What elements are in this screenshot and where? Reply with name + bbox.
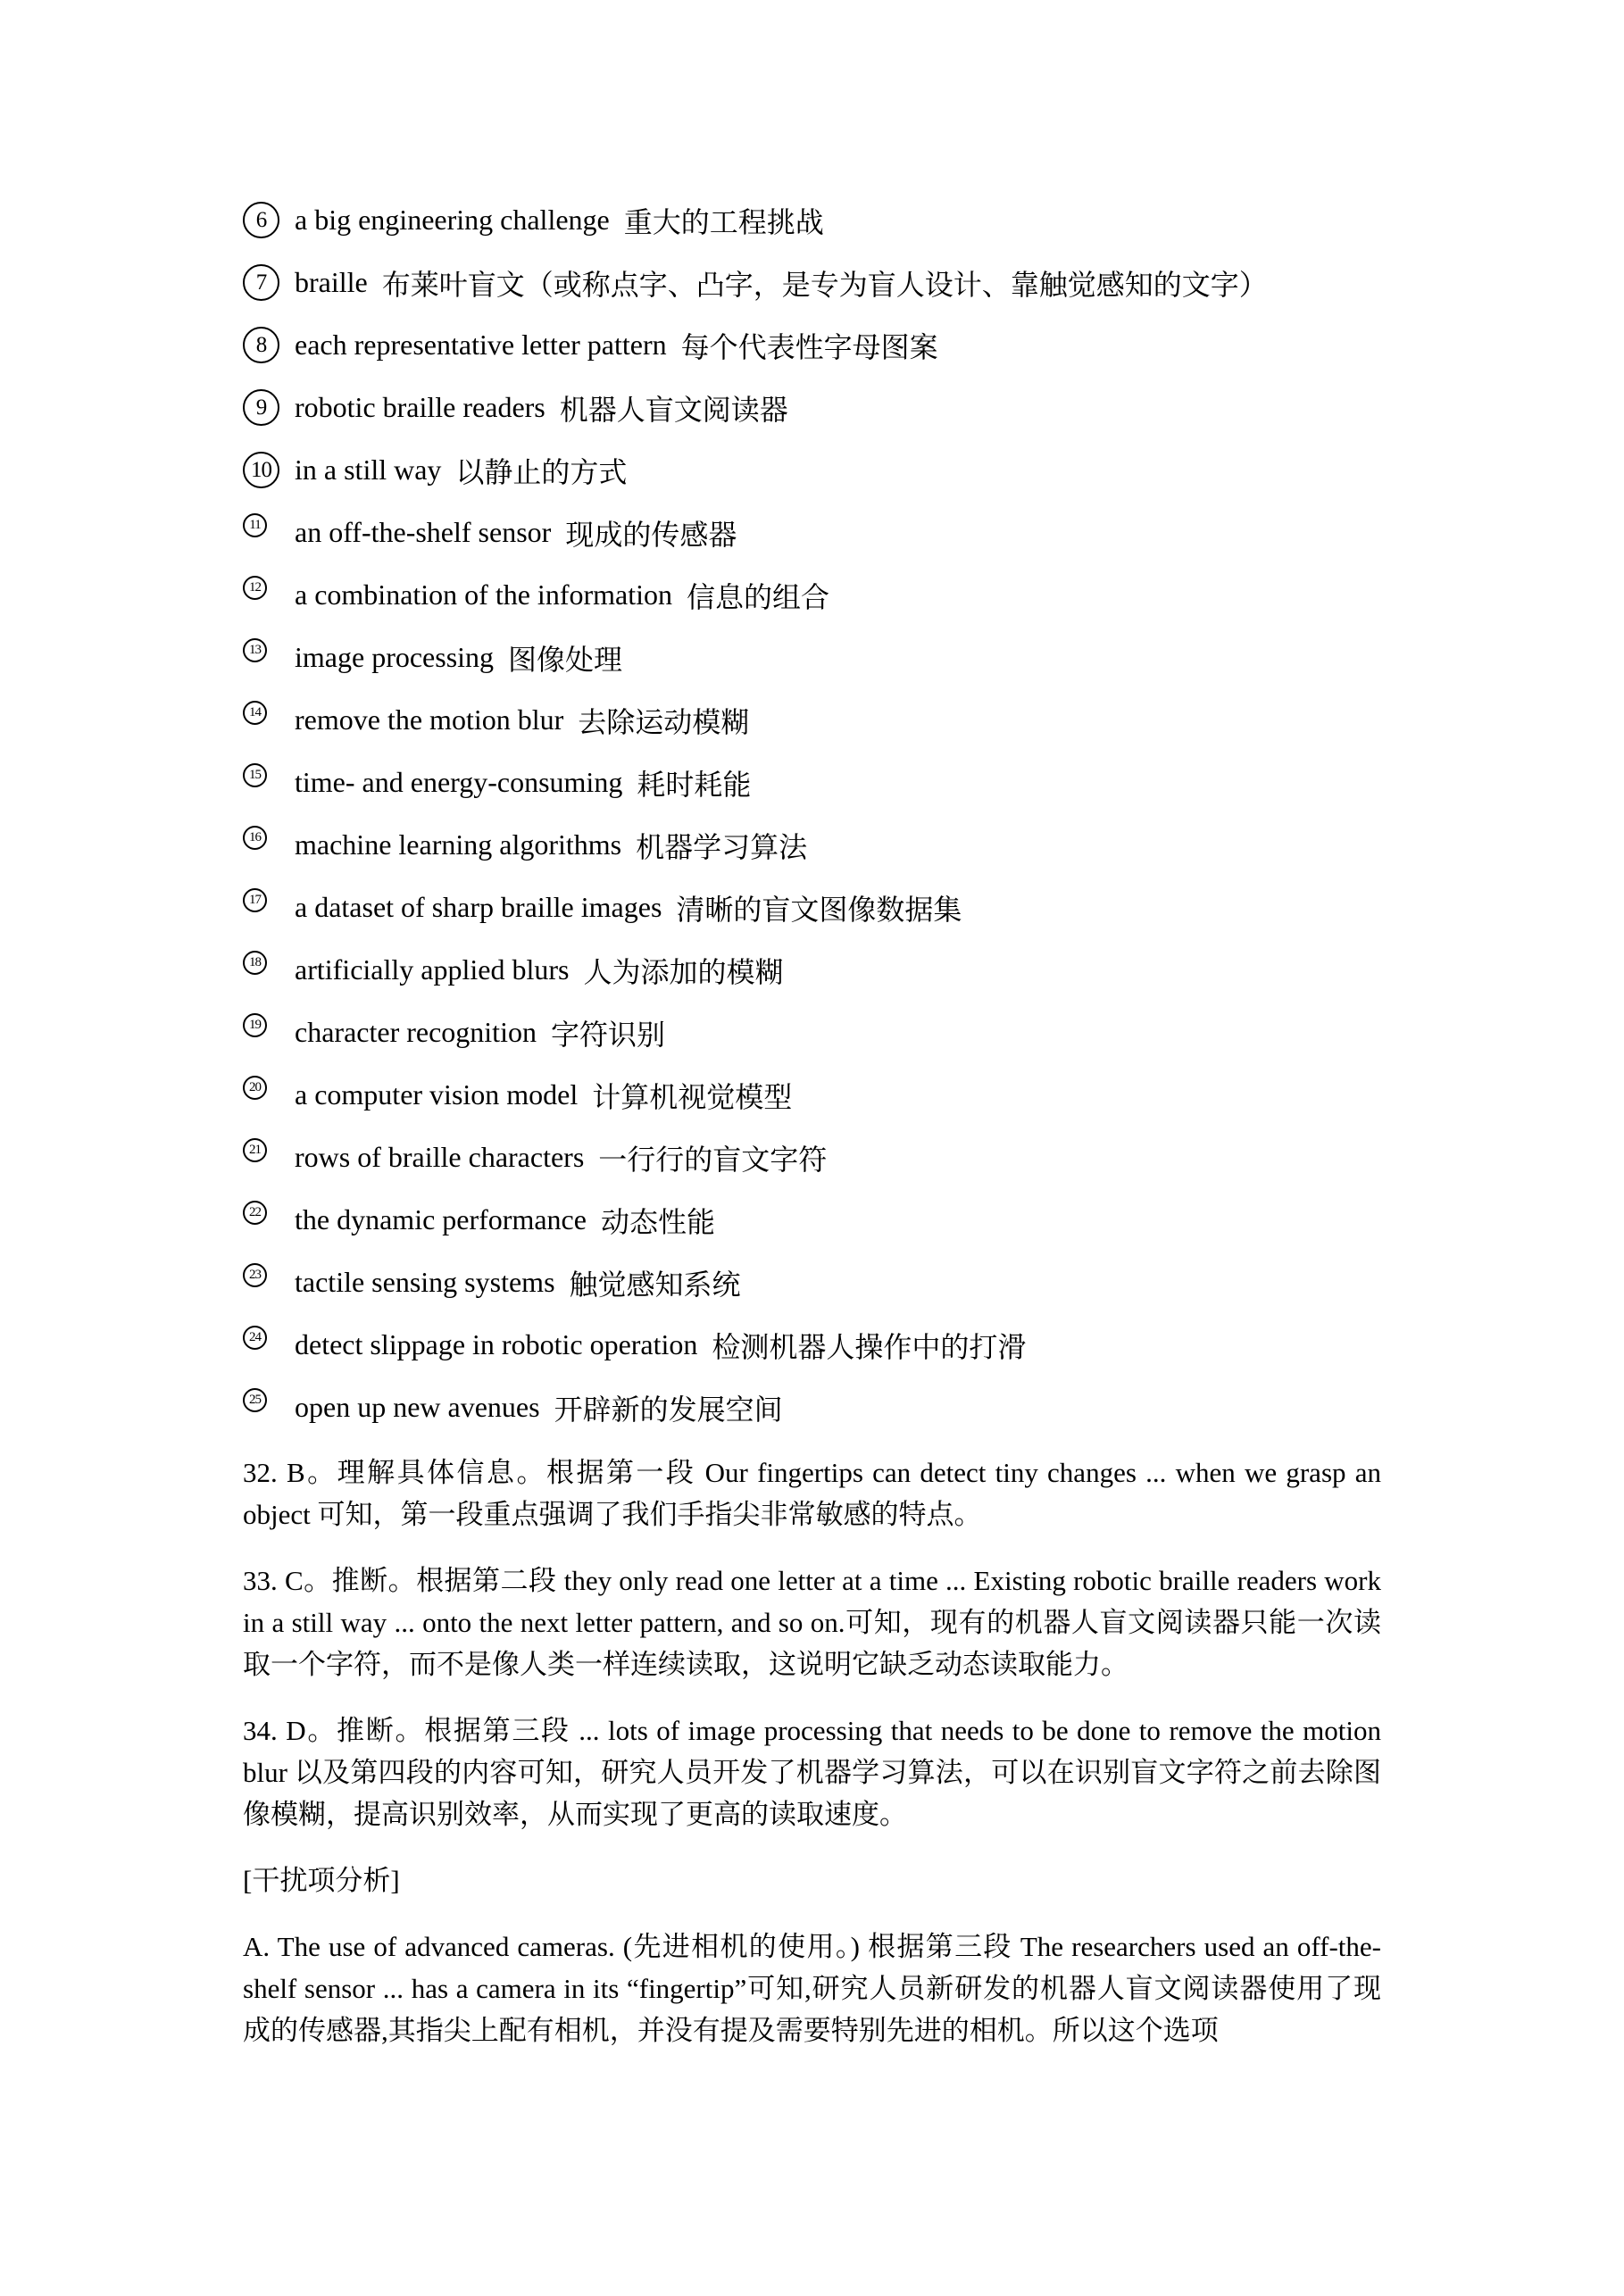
vocab-chinese: 每个代表性字母图案 bbox=[681, 325, 938, 366]
vocab-english: remove the motion blur bbox=[295, 703, 563, 736]
vocab-english: tactile sensing systems bbox=[295, 1266, 555, 1299]
vocab-item-24: 24 detect slippage in robotic operation … bbox=[243, 1327, 1381, 1363]
vocab-chinese: 去除运动模糊 bbox=[578, 700, 749, 741]
circled-number-9: 9 bbox=[243, 389, 279, 426]
circled-number-8: 8 bbox=[243, 327, 279, 363]
vocab-chinese: 重大的工程挑战 bbox=[624, 200, 824, 241]
vocab-item-10: 10 in a still way 以静止的方式 bbox=[243, 452, 1381, 488]
vocab-chinese: 检测机器人操作中的打滑 bbox=[712, 1325, 1026, 1366]
vocab-chinese: 信息的组合 bbox=[687, 575, 829, 616]
circled-number-20: 20 bbox=[243, 1076, 267, 1100]
explanation-34: 34. D。推断。根据第三段 ... lots of image process… bbox=[243, 1710, 1381, 1835]
circled-number-23: 23 bbox=[243, 1263, 267, 1287]
vocab-item-15: 15 time- and energy-consuming 耗时耗能 bbox=[243, 764, 1381, 801]
circled-number-21: 21 bbox=[243, 1138, 267, 1162]
vocab-chinese: 耗时耗能 bbox=[637, 762, 751, 803]
vocab-chinese: 人为添加的模糊 bbox=[583, 950, 783, 991]
circled-number-17: 17 bbox=[243, 888, 267, 912]
explanation-33: 33. C。推断。根据第二段 they only read one letter… bbox=[243, 1560, 1381, 1685]
vocab-chinese: 清晰的盲文图像数据集 bbox=[676, 887, 962, 928]
page-content: 6 a big engineering challenge 重大的工程挑战 7 … bbox=[243, 202, 1381, 2076]
vocab-item-19: 19 character recognition 字符识别 bbox=[243, 1014, 1381, 1051]
vocab-english: robotic braille readers bbox=[295, 391, 545, 424]
vocab-english: a big engineering challenge bbox=[295, 204, 610, 237]
vocab-item-18: 18 artificially applied blurs 人为添加的模糊 bbox=[243, 952, 1381, 988]
answer-explanations: 32. B。理解具体信息。根据第一段 Our fingertips can de… bbox=[243, 1452, 1381, 2051]
circled-number-19: 19 bbox=[243, 1013, 267, 1037]
vocab-chinese: 布莱叶盲文（或称点字、凸字，是专为盲人设计、靠触觉感知的文字） bbox=[382, 262, 1268, 304]
document-page: 6 a big engineering challenge 重大的工程挑战 7 … bbox=[0, 0, 1624, 2296]
vocab-item-17: 17 a dataset of sharp braille images 清晰的… bbox=[243, 889, 1381, 926]
circled-number-12: 12 bbox=[243, 576, 267, 600]
vocab-english: a combination of the information bbox=[295, 578, 672, 611]
vocab-item-8: 8 each representative letter pattern 每个代… bbox=[243, 327, 1381, 363]
vocab-item-16: 16 machine learning algorithms 机器学习算法 bbox=[243, 827, 1381, 863]
vocab-item-12: 12 a combination of the information 信息的组… bbox=[243, 577, 1381, 613]
vocab-item-9: 9 robotic braille readers 机器人盲文阅读器 bbox=[243, 389, 1381, 426]
vocab-chinese: 现成的传感器 bbox=[565, 512, 737, 553]
circled-number-10: 10 bbox=[243, 452, 279, 488]
vocab-item-25: 25 open up new avenues 开辟新的发展空间 bbox=[243, 1389, 1381, 1426]
vocab-english: character recognition bbox=[295, 1016, 537, 1049]
vocab-english: an off-the-shelf sensor bbox=[295, 516, 551, 549]
circled-number-14: 14 bbox=[243, 701, 267, 725]
vocab-chinese: 机器人盲文阅读器 bbox=[560, 387, 788, 428]
explanation-32: 32. B。理解具体信息。根据第一段 Our fingertips can de… bbox=[243, 1452, 1381, 1535]
circled-number-25: 25 bbox=[243, 1388, 267, 1412]
vocab-chinese: 触觉感知系统 bbox=[570, 1262, 741, 1303]
vocab-chinese: 图像处理 bbox=[508, 637, 622, 678]
vocab-item-7: 7 braille 布莱叶盲文（或称点字、凸字，是专为盲人设计、靠触觉感知的文字… bbox=[243, 264, 1381, 301]
vocab-english: machine learning algorithms bbox=[295, 828, 621, 861]
vocab-item-21: 21 rows of braille characters 一行行的盲文字符 bbox=[243, 1139, 1381, 1176]
vocab-english: braille bbox=[295, 266, 368, 299]
distractor-option-a: A. The use of advanced cameras. (先进相机的使用… bbox=[243, 1926, 1381, 2051]
vocab-english: a dataset of sharp braille images bbox=[295, 891, 662, 924]
vocab-english: open up new avenues bbox=[295, 1391, 540, 1424]
vocab-chinese: 计算机视觉模型 bbox=[592, 1075, 792, 1116]
vocab-item-11: 11 an off-the-shelf sensor 现成的传感器 bbox=[243, 514, 1381, 551]
vocab-item-23: 23 tactile sensing systems 触觉感知系统 bbox=[243, 1264, 1381, 1301]
vocab-chinese: 一行行的盲文字符 bbox=[598, 1137, 827, 1178]
vocab-item-22: 22 the dynamic performance 动态性能 bbox=[243, 1202, 1381, 1238]
vocab-item-20: 20 a computer vision model 计算机视觉模型 bbox=[243, 1077, 1381, 1113]
vocab-chinese: 机器学习算法 bbox=[636, 825, 807, 866]
vocab-english: artificially applied blurs bbox=[295, 953, 569, 986]
circled-number-6: 6 bbox=[243, 202, 279, 238]
circled-number-11: 11 bbox=[243, 513, 267, 537]
vocab-chinese: 以静止的方式 bbox=[455, 450, 627, 491]
vocab-english: each representative letter pattern bbox=[295, 329, 667, 362]
circled-number-22: 22 bbox=[243, 1201, 267, 1225]
vocab-chinese: 动态性能 bbox=[601, 1200, 715, 1241]
vocab-item-13: 13 image processing 图像处理 bbox=[243, 639, 1381, 676]
vocab-list: 6 a big engineering challenge 重大的工程挑战 7 … bbox=[243, 202, 1381, 1426]
vocab-english: in a still way bbox=[295, 453, 441, 487]
circled-number-15: 15 bbox=[243, 763, 267, 787]
vocab-chinese: 字符识别 bbox=[551, 1012, 665, 1053]
circled-number-24: 24 bbox=[243, 1326, 267, 1350]
distractor-analysis-header: [干扰项分析] bbox=[243, 1859, 1381, 1901]
vocab-english: time- and energy-consuming bbox=[295, 766, 622, 799]
vocab-english: rows of braille characters bbox=[295, 1141, 584, 1174]
vocab-chinese: 开辟新的发展空间 bbox=[554, 1387, 783, 1428]
circled-number-18: 18 bbox=[243, 951, 267, 975]
vocab-english: image processing bbox=[295, 641, 494, 674]
vocab-item-14: 14 remove the motion blur 去除运动模糊 bbox=[243, 702, 1381, 738]
circled-number-7: 7 bbox=[243, 264, 279, 301]
vocab-item-6: 6 a big engineering challenge 重大的工程挑战 bbox=[243, 202, 1381, 238]
vocab-english: a computer vision model bbox=[295, 1078, 578, 1111]
circled-number-16: 16 bbox=[243, 826, 267, 850]
vocab-english: the dynamic performance bbox=[295, 1203, 587, 1236]
vocab-english: detect slippage in robotic operation bbox=[295, 1328, 697, 1361]
circled-number-13: 13 bbox=[243, 638, 267, 662]
